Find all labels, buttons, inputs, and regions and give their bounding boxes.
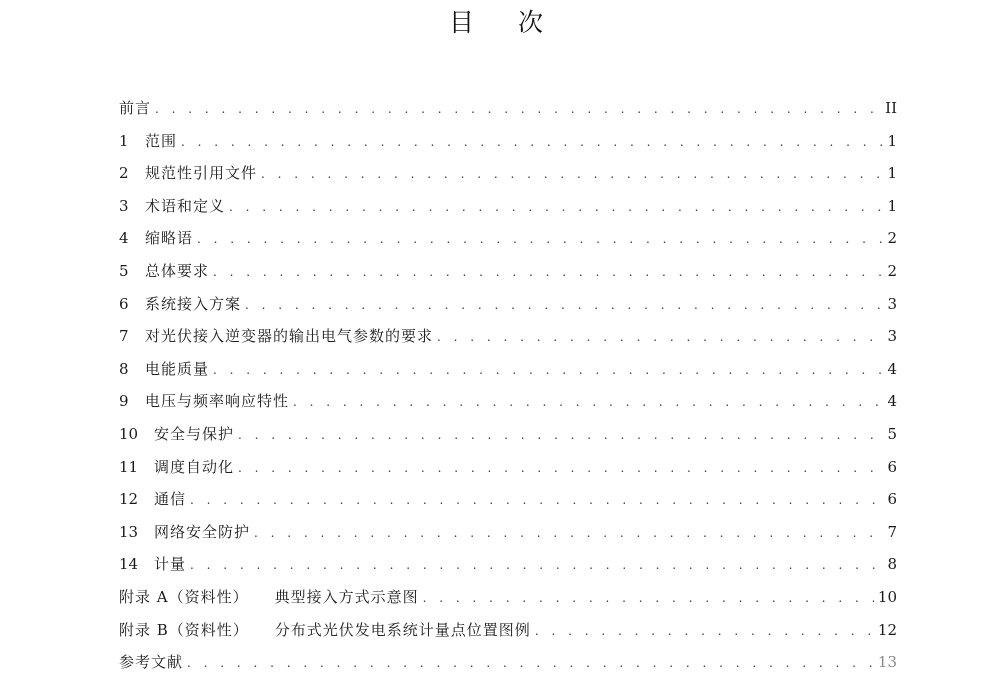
toc-entry-page: 12 [878, 616, 897, 644]
toc-leader-dots [238, 421, 883, 449]
toc-entry-label: 电压与频率响应特性 [145, 387, 289, 415]
toc-entry-6[interactable]: 6 系统接入方案 3 [119, 290, 897, 323]
toc-entry-label: 总体要求 [145, 257, 209, 285]
toc-entry-number: 11 [119, 453, 154, 481]
toc-entry-foreword[interactable]: 前言 II [119, 94, 897, 127]
toc-entry-number: 6 [119, 290, 145, 318]
toc-entry-label: 对光伏接入逆变器的输出电气参数的要求 [145, 322, 433, 350]
toc-entry-page: 3 [887, 322, 897, 350]
appendix-prefix: 附录 B（资料性） [119, 616, 249, 644]
toc-entry-number: 8 [119, 355, 145, 383]
toc-entry-label: 计量 [154, 550, 186, 578]
toc-entry-page: 6 [887, 453, 897, 481]
toc-leader-dots [213, 356, 883, 384]
toc-entry-number: 9 [119, 387, 145, 415]
toc-entry-label: 缩略语 [145, 224, 193, 252]
toc-entry-page: 6 [887, 485, 897, 513]
toc-entry-9[interactable]: 9 电压与频率响应特性 4 [119, 387, 897, 420]
toc-leader-dots [197, 225, 883, 253]
toc-entry-page: 7 [887, 518, 897, 546]
toc-entry-13[interactable]: 13 网络安全防护 7 [119, 518, 897, 551]
toc-entry-label: 参考文献 [119, 648, 183, 676]
toc-entry-12[interactable]: 12 通信 6 [119, 485, 897, 518]
toc-leader-dots [229, 193, 883, 221]
toc-entry-number: 13 [119, 518, 154, 546]
toc-entry-label: 通信 [154, 485, 186, 513]
toc-leader-dots [245, 291, 883, 319]
document-page: 目次 前言 II 1 范围 1 2 规范性引用文件 1 3 术语和定义 1 4 [0, 0, 992, 696]
toc-entry-appendix-a[interactable]: 附录 A（资料性） 典型接入方式示意图 10 [119, 583, 897, 616]
toc-leader-dots [181, 128, 883, 156]
toc-entry-3[interactable]: 3 术语和定义 1 [119, 192, 897, 225]
toc-entry-page: 3 [887, 290, 897, 318]
toc-entry-label: 术语和定义 [145, 192, 225, 220]
toc-entry-11[interactable]: 11 调度自动化 6 [119, 453, 897, 486]
toc-entry-page: 1 [887, 127, 897, 155]
toc-entry-number: 2 [119, 159, 145, 187]
toc-leader-dots [238, 454, 883, 482]
toc-leader-dots [213, 258, 883, 286]
toc-entry-1[interactable]: 1 范围 1 [119, 127, 897, 160]
toc-entry-number: 10 [119, 420, 154, 448]
toc-entry-number: 4 [119, 224, 145, 252]
toc-entry-label: 系统接入方案 [145, 290, 241, 318]
toc-entry-page: 10 [878, 583, 897, 611]
toc-entry-page: 1 [887, 159, 897, 187]
toc-entry-number: 3 [119, 192, 145, 220]
toc-entry-8[interactable]: 8 电能质量 4 [119, 355, 897, 388]
toc-entry-page: 5 [887, 420, 897, 448]
toc-leader-dots [535, 617, 874, 645]
toc-entry-label: 安全与保护 [154, 420, 234, 448]
toc-entry-label: 调度自动化 [154, 453, 234, 481]
toc-entry-label: 网络安全防护 [154, 518, 250, 546]
toc-entry-page: 8 [887, 550, 897, 578]
toc-entry-label: 前言 [119, 94, 151, 122]
toc-entry-label: 规范性引用文件 [145, 159, 257, 187]
appendix-title: 典型接入方式示意图 [249, 583, 419, 611]
toc-entry-14[interactable]: 14 计量 8 [119, 550, 897, 583]
toc-entry-page: 13 [878, 648, 897, 676]
toc-entry-page: 2 [887, 224, 897, 252]
toc-entry-page: II [885, 94, 897, 122]
toc-entry-page: 2 [887, 257, 897, 285]
toc-leader-dots [190, 551, 883, 579]
toc-title-char-1: 目 [449, 8, 474, 37]
toc-list: 前言 II 1 范围 1 2 规范性引用文件 1 3 术语和定义 1 4 缩略语… [119, 94, 897, 681]
toc-entry-number: 1 [119, 127, 145, 155]
toc-entry-number: 7 [119, 322, 145, 350]
toc-leader-dots [155, 95, 881, 123]
toc-entry-label: 电能质量 [145, 355, 209, 383]
toc-entry-7[interactable]: 7 对光伏接入逆变器的输出电气参数的要求 3 [119, 322, 897, 355]
toc-leader-dots [254, 519, 883, 547]
toc-entry-page: 1 [887, 192, 897, 220]
toc-entry-page: 4 [887, 387, 897, 415]
toc-leader-dots [423, 584, 874, 612]
appendix-title: 分布式光伏发电系统计量点位置图例 [249, 616, 531, 644]
toc-entry-5[interactable]: 5 总体要求 2 [119, 257, 897, 290]
toc-leader-dots [293, 388, 883, 416]
toc-entry-appendix-b[interactable]: 附录 B（资料性） 分布式光伏发电系统计量点位置图例 12 [119, 616, 897, 649]
toc-title: 目次 [0, 6, 992, 40]
toc-leader-dots [261, 160, 883, 188]
toc-entry-label: 范围 [145, 127, 177, 155]
toc-entry-4[interactable]: 4 缩略语 2 [119, 224, 897, 257]
toc-entry-number: 12 [119, 485, 154, 513]
toc-entry-2[interactable]: 2 规范性引用文件 1 [119, 159, 897, 192]
toc-entry-number: 5 [119, 257, 145, 285]
appendix-prefix: 附录 A（资料性） [119, 583, 249, 611]
toc-leader-dots [187, 649, 874, 677]
toc-entry-references[interactable]: 参考文献 13 [119, 648, 897, 681]
toc-leader-dots [190, 486, 883, 514]
toc-leader-dots [437, 323, 883, 351]
toc-entry-10[interactable]: 10 安全与保护 5 [119, 420, 897, 453]
toc-title-char-2: 次 [518, 8, 543, 37]
toc-entry-number: 14 [119, 550, 154, 578]
toc-entry-page: 4 [887, 355, 897, 383]
